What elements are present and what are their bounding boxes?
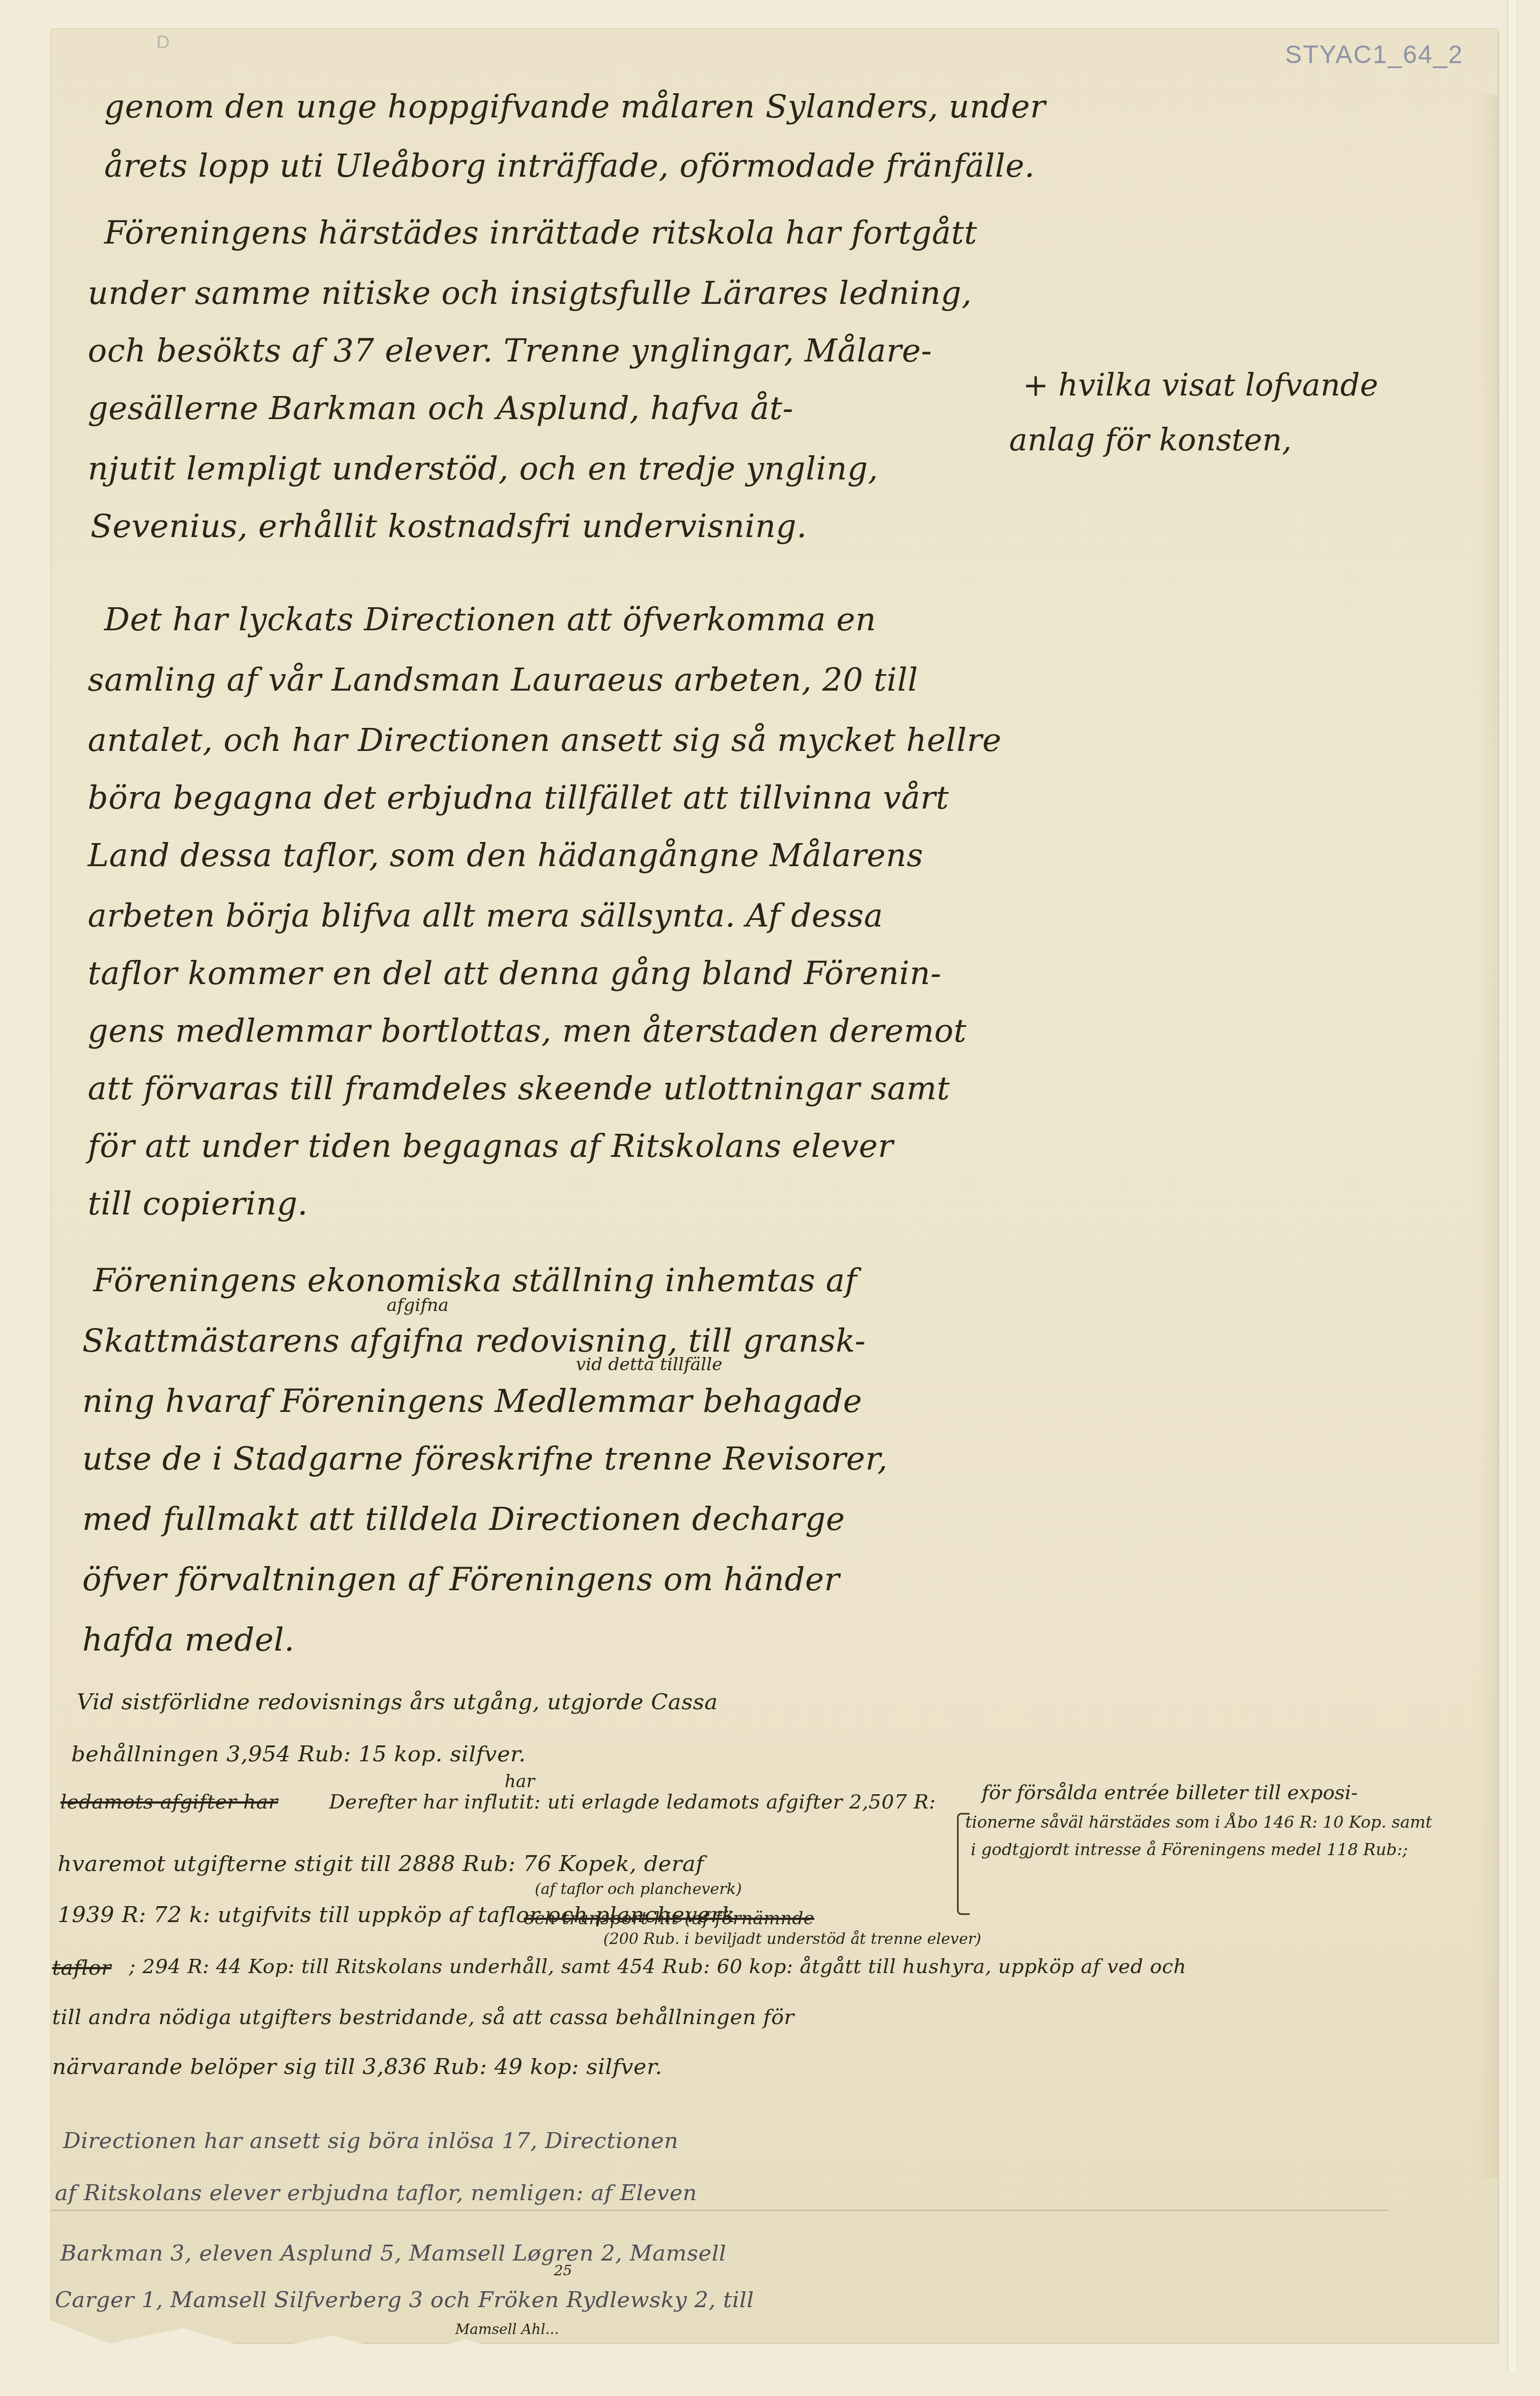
- text-line: öfver förvaltningen af Föreningens om hä…: [82, 1561, 840, 1598]
- text-line: böra begagna det erbjudna tillfället att…: [88, 779, 949, 816]
- text-line: gens medlemmar bortlottas, men återstade…: [88, 1012, 967, 1049]
- interlinear-insertion: vid detta tillfälle: [576, 1354, 722, 1375]
- text-line: närvarande belöper sig till 3,836 Rub: 4…: [52, 2054, 663, 2079]
- text-line: taflor kommer en del att denna gång blan…: [88, 954, 942, 992]
- interlinear-insertion: har: [505, 1771, 535, 1792]
- text-line: njutit lempligt understöd, och en tredje…: [88, 450, 878, 487]
- text-line: Vid sistförlidne redovisnings års utgång…: [77, 1689, 718, 1715]
- text-line: samling af vår Landsman Lauraeus arbeten…: [88, 661, 918, 698]
- text-line: för att under tiden begagnas af Ritskola…: [88, 1127, 893, 1165]
- text-line: gesällerne Barkman och Asplund, hafva åt…: [88, 389, 794, 427]
- struck-text: och transport hit (af förnämnde: [524, 1908, 814, 1929]
- text-line: Skattmästarens afgifna redovisning, till…: [82, 1322, 866, 1359]
- text-line: hvaremot utgifterne stigit till 2888 Rub…: [58, 1851, 704, 1877]
- interlinear-insertion: Mamsell Ahl...: [455, 2321, 559, 2338]
- text-line: utse de i Stadgarne föreskrifne trenne R…: [82, 1440, 888, 1477]
- side-note-line: tionerne såväl härstädes som i Åbo 146 R…: [965, 1813, 1432, 1832]
- text-line: under samme nitiske och insigtsfulle Lär…: [88, 274, 972, 312]
- text-line: behållningen 3,954 Rub: 15 kop. silfver.: [71, 1742, 526, 1767]
- text-line: med fullmakt att tilldela Directionen de…: [82, 1500, 845, 1538]
- paragraph-start: Föreningens härstädes inrättade ritskola…: [104, 214, 977, 251]
- margin-note-line: anlag för konsten,: [1009, 422, 1292, 458]
- pencil-text-line: Barkman 3, eleven Asplund 5, Mamsell Løg…: [60, 2241, 726, 2266]
- side-note-line: i godtgjordt intresse å Föreningens mede…: [971, 1840, 1408, 1860]
- fold-line: [50, 2209, 1389, 2211]
- struck-text: ledamots afgifter har: [60, 1791, 278, 1813]
- text-line: hafda medel.: [82, 1621, 295, 1658]
- paragraph-start: Det har lyckats Directionen att öfverkom…: [104, 601, 876, 638]
- margin-note-line: + hvilka visat lofvande: [1023, 368, 1378, 403]
- interlinear-insertion: (af taflor och plancheverk): [535, 1880, 742, 1898]
- interlinear-insertion: afgifna: [387, 1295, 449, 1315]
- interlinear-insertion: (200 Rub. i beviljadt understöd åt trenn…: [603, 1930, 981, 1948]
- mount-edge: [1507, 0, 1518, 2396]
- text-line: antalet, och har Directionen ansett sig …: [88, 721, 1001, 759]
- pencil-text-line: Directionen har ansett sig böra inlösa 1…: [63, 2128, 678, 2154]
- text-line: att förvaras till framdeles skeende utlo…: [88, 1070, 950, 1107]
- paragraph-start: Föreningens ekonomiska ställning inhemta…: [93, 1262, 857, 1299]
- text-line: genom den unge hoppgifvande målaren Syla…: [104, 88, 1046, 125]
- catalog-id: STYAC1_64_2: [1285, 39, 1463, 69]
- text-line: ning hvaraf Föreningens Medlemmar behaga…: [82, 1382, 862, 1420]
- interlinear-insertion: 25: [554, 2263, 572, 2279]
- text-line: ; 294 R: 44 Kop: till Ritskolans underhå…: [129, 1956, 1186, 1978]
- pencil-text-line: af Ritskolans elever erbjudna taflor, ne…: [55, 2180, 697, 2206]
- text-line: Derefter har influtit: uti erlagde ledam…: [329, 1791, 936, 1813]
- text-line: Sevenius, erhållit kostnadsfri undervisn…: [90, 507, 807, 545]
- text-line: Land dessa taflor, som den hädangångne M…: [88, 837, 924, 874]
- pencil-text-line: Carger 1, Mamsell Silfverberg 3 och Frök…: [55, 2287, 754, 2313]
- struck-text: taflor: [52, 1956, 111, 1980]
- side-note-line: för försålda entrée billeter till exposi…: [982, 1782, 1358, 1804]
- text-line: och besökts af 37 elever. Trenne yngling…: [88, 332, 932, 369]
- text-line: till copiering.: [88, 1185, 308, 1222]
- pencil-corner-mark: D: [156, 32, 170, 53]
- text-line: arbeten börja blifva allt mera sällsynta…: [88, 897, 883, 934]
- text-line: årets lopp uti Uleåborg inträffade, oför…: [104, 147, 1035, 184]
- text-line: till andra nödiga utgifters bestridande,…: [52, 2005, 794, 2029]
